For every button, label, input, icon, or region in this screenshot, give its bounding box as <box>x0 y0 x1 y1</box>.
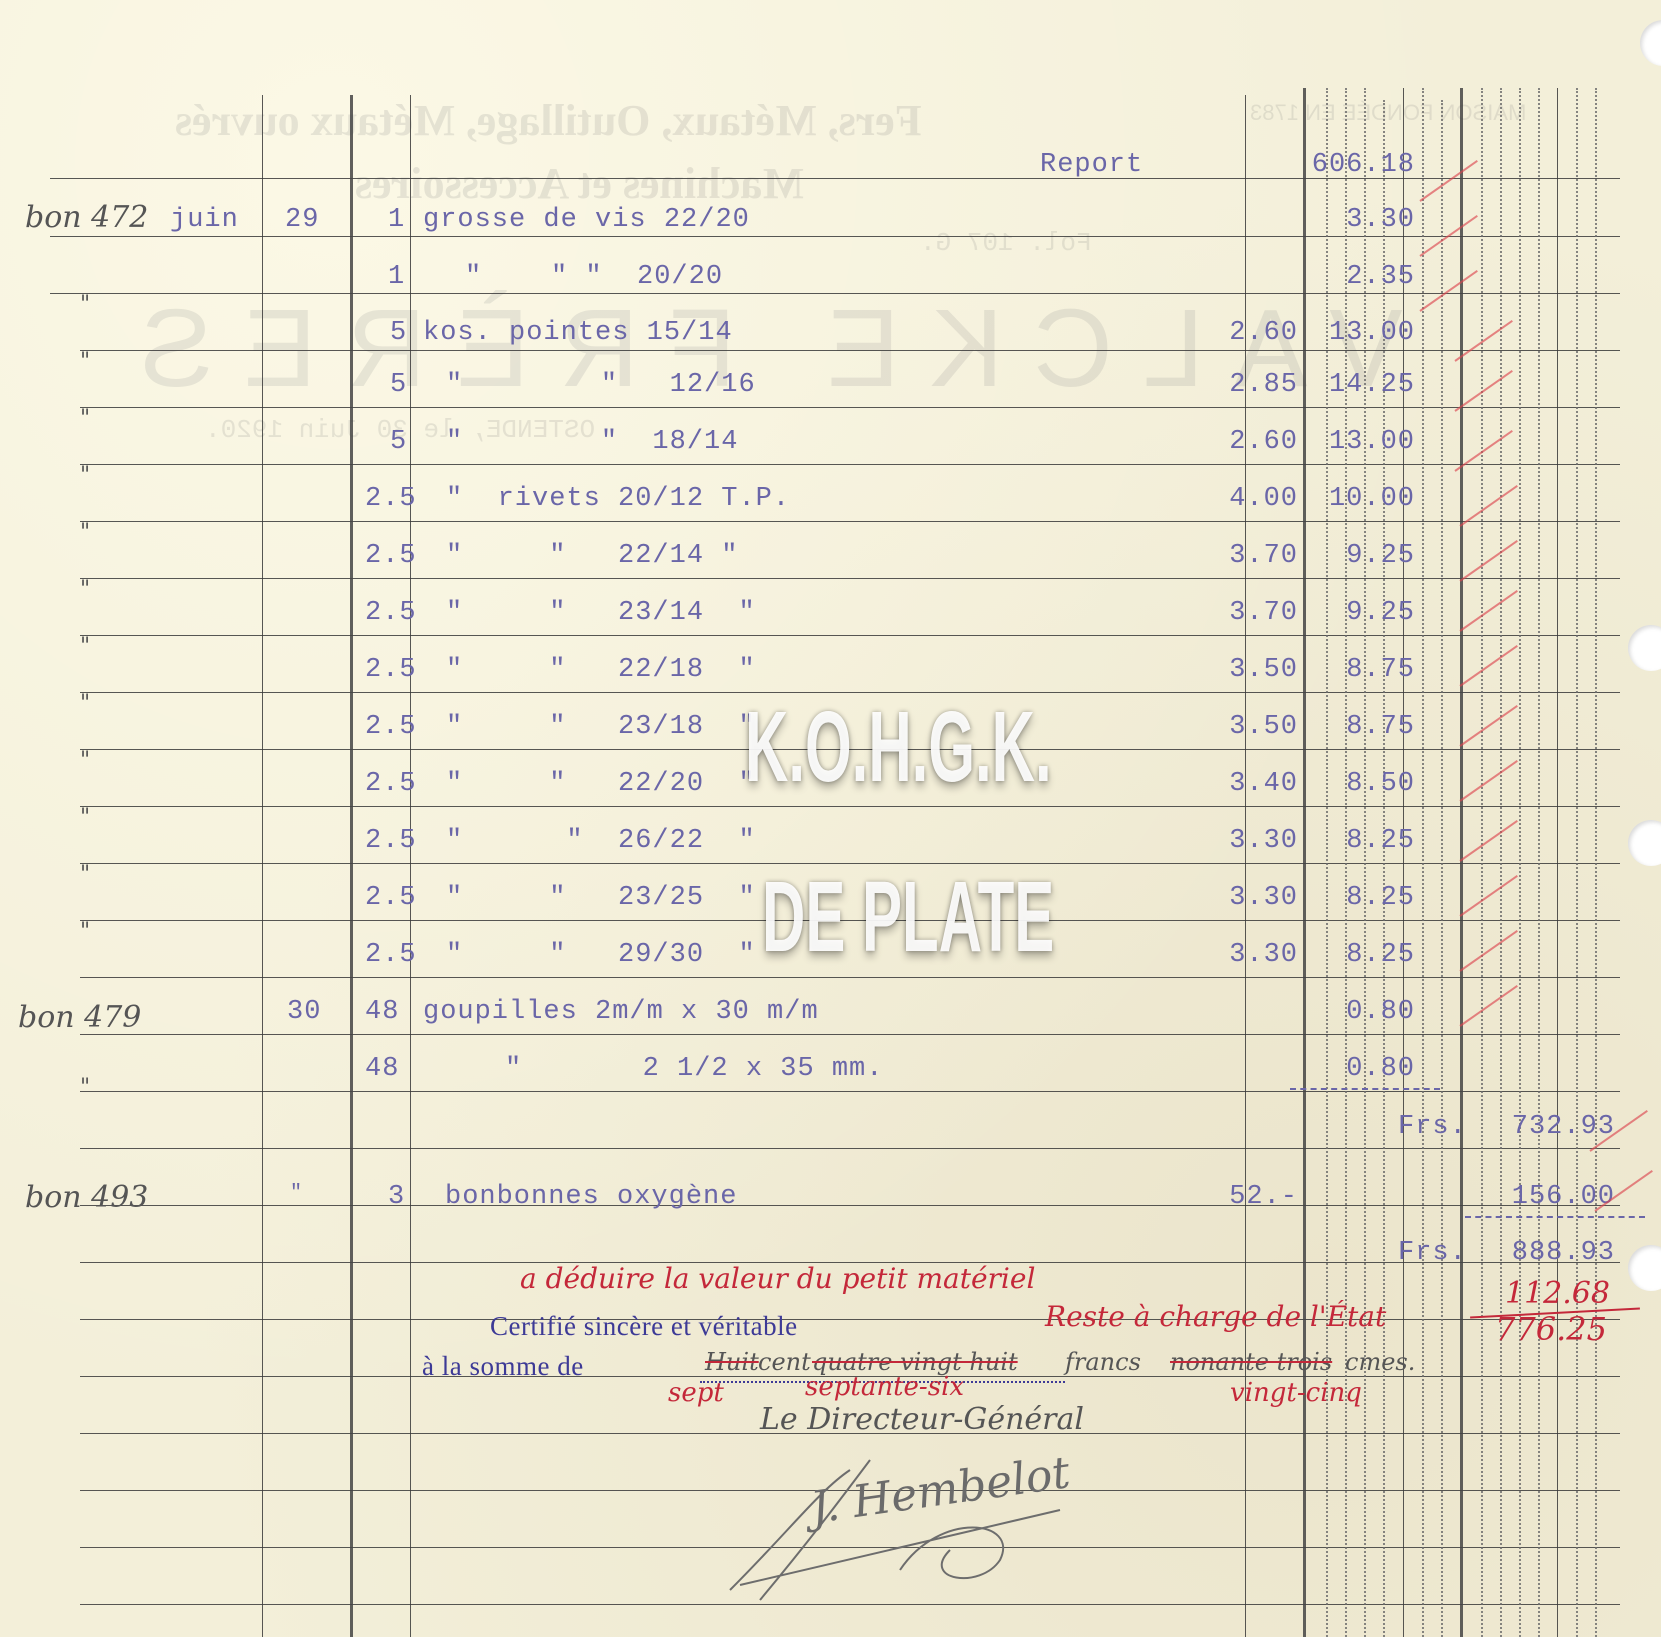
subtotal-2-underline <box>1465 1216 1645 1218</box>
row-amount: 0.80 <box>1300 997 1415 1027</box>
margin-note: " <box>80 805 90 830</box>
margin-note: bon 472 <box>25 200 148 235</box>
oxygen-qty: 3 <box>388 1182 405 1212</box>
oxygen-unit-price: 52.- <box>1180 1182 1298 1212</box>
row-amount: 8.50 <box>1300 769 1415 799</box>
row-desc: " " 18/14 <box>446 427 738 457</box>
row-desc: " 2 1/2 x 35 mm. <box>505 1054 883 1084</box>
row-desc: " " 23/14 " <box>446 598 756 628</box>
row-desc: " " 22/18 " <box>446 655 756 685</box>
row-qty: 2.5 <box>365 826 417 856</box>
ghost-founded: MAISON FONDÉE EN 1783 <box>1250 100 1526 126</box>
row-desc: " " 22/14 " <box>446 541 738 571</box>
row-qty: 2.5 <box>365 883 417 913</box>
row-desc: grosse de vis 22/20 <box>423 205 750 235</box>
row-qty: 2.5 <box>365 484 417 514</box>
row-qty: 2.5 <box>365 541 417 571</box>
row-qty: 1 <box>388 262 405 292</box>
oxygen-amount: 156.00 <box>1480 1182 1615 1212</box>
word-cmes: cmes. <box>1345 1348 1415 1376</box>
report-label: Report <box>1040 150 1143 180</box>
remainder-amount: 776.25 <box>1495 1310 1607 1348</box>
row-amount: 3.30 <box>1300 205 1415 235</box>
row-qty: 5 <box>390 427 407 457</box>
row-desc: kos. pointes 15/14 <box>423 318 733 348</box>
row-qty: 5 <box>390 318 407 348</box>
subtotal-underline <box>1290 1088 1440 1090</box>
word-cent: cent <box>758 1348 811 1376</box>
correction-vingt-cinq: vingt-cinq <box>1230 1378 1362 1408</box>
row-desc: " " 23/25 " <box>446 883 756 913</box>
struck-nonante-trois: nonante trois <box>1170 1348 1332 1376</box>
struck-huit: Huit <box>705 1348 759 1376</box>
margin-note: " <box>80 463 90 488</box>
row-amount: 13.00 <box>1300 318 1415 348</box>
row-unit-price: 3.70 <box>1180 541 1298 571</box>
row-amount: 8.25 <box>1300 826 1415 856</box>
row-unit-price: 3.70 <box>1180 598 1298 628</box>
certification-line2: à la somme de <box>422 1351 584 1382</box>
subtotal-1-amount: 732.93 <box>1480 1112 1615 1142</box>
row-unit-price: 2.60 <box>1180 318 1298 348</box>
row-amount: 14.25 <box>1300 370 1415 400</box>
row-amount: 8.25 <box>1300 940 1415 970</box>
subtotal-2-label: Frs. <box>1398 1238 1467 1268</box>
correction-septante-six: septante-six <box>805 1372 964 1402</box>
row-qty: 48 <box>365 997 399 1027</box>
margin-note: bon 479 <box>18 1000 141 1035</box>
margin-note: " <box>80 748 90 773</box>
row-qty: 5 <box>390 370 407 400</box>
row-unit-price: 3.30 <box>1180 826 1298 856</box>
margin-note-bon-493: bon 493 <box>25 1180 148 1215</box>
row-desc: " " 12/16 <box>446 370 756 400</box>
row-unit-price: 3.30 <box>1180 883 1298 913</box>
remainder-note: Reste à charge de l'État <box>1045 1300 1386 1333</box>
row-unit-price: 3.50 <box>1180 712 1298 742</box>
row-qty: 2.5 <box>365 769 417 799</box>
subtotal-1-label: Frs. <box>1398 1112 1467 1142</box>
oxygen-day: " <box>290 1182 303 1205</box>
correction-sept: sept <box>668 1378 724 1408</box>
margin-note: " <box>80 520 90 545</box>
margin-note: " <box>80 691 90 716</box>
margin-note: " <box>80 919 90 944</box>
row-qty: 2.5 <box>365 598 417 628</box>
row-day: 30 <box>287 997 321 1027</box>
ghost-letterhead-line2: Machines et Accessoires <box>355 158 804 209</box>
row-qty: 48 <box>365 1054 399 1084</box>
deduction-amount: 112.68 <box>1505 1276 1610 1311</box>
row-desc: " " 23/18 " <box>446 712 756 742</box>
margin-note: " <box>80 292 90 317</box>
row-unit-price: 3.50 <box>1180 655 1298 685</box>
row-desc: " " 26/22 " <box>446 826 756 856</box>
row-unit-price: 3.40 <box>1180 769 1298 799</box>
margin-note: " <box>80 1075 90 1100</box>
row-amount: 2.35 <box>1300 262 1415 292</box>
row-desc: " " 29/30 " <box>446 940 756 970</box>
row-qty: 2.5 <box>365 940 417 970</box>
subtotal-2-amount: 888.93 <box>1480 1238 1615 1268</box>
row-qty: 2.5 <box>365 655 417 685</box>
row-amount: 8.25 <box>1300 883 1415 913</box>
certification-line1: Certifié sincère et véritable <box>490 1311 798 1342</box>
row-qty: 1 <box>388 205 405 235</box>
row-desc: goupilles 2m/m x 30 m/m <box>423 997 819 1027</box>
margin-note: " <box>80 862 90 887</box>
row-amount: 10.00 <box>1300 484 1415 514</box>
signature-title: Le Directeur-Général <box>760 1402 1084 1437</box>
watermark-line2: DE PLATE <box>762 860 1054 975</box>
report-amount: 606.18 <box>1300 150 1415 180</box>
margin-note: " <box>80 349 90 374</box>
row-amount: 8.75 <box>1300 655 1415 685</box>
row-unit-price: 2.85 <box>1180 370 1298 400</box>
signature-flourish <box>700 1450 1080 1610</box>
ghost-folio: Fol. 107 G. <box>920 228 1092 258</box>
row-amount: 8.75 <box>1300 712 1415 742</box>
word-francs: francs <box>1065 1348 1141 1376</box>
row-amount: 13.00 <box>1300 427 1415 457</box>
row-amount: 0.80 <box>1300 1054 1415 1084</box>
row-unit-price: 2.60 <box>1180 427 1298 457</box>
deduction-note: a déduire la valeur du petit matériel <box>520 1262 1035 1295</box>
margin-note: " <box>80 634 90 659</box>
row-unit-price: 3.30 <box>1180 940 1298 970</box>
row-qty: 2.5 <box>365 712 417 742</box>
row-desc: " rivets 20/12 T.P. <box>446 484 790 514</box>
oxygen-desc: bonbonnes oxygène <box>445 1182 737 1212</box>
row-unit-price: 4.00 <box>1180 484 1298 514</box>
ghost-letterhead-line1: Fers, Métaux, Outillage, Métaux ouvrés <box>175 95 922 146</box>
watermark-line1: K.O.H.G.K. <box>745 690 1052 805</box>
row-desc: " " 22/20 " <box>446 769 756 799</box>
row-desc: " " " 20/20 <box>465 262 723 292</box>
row-day: 29 <box>285 205 319 235</box>
margin-note: " <box>80 406 90 431</box>
row-amount: 9.25 <box>1300 598 1415 628</box>
margin-note: " <box>80 577 90 602</box>
row-amount: 9.25 <box>1300 541 1415 571</box>
row-month: juin <box>170 205 239 235</box>
